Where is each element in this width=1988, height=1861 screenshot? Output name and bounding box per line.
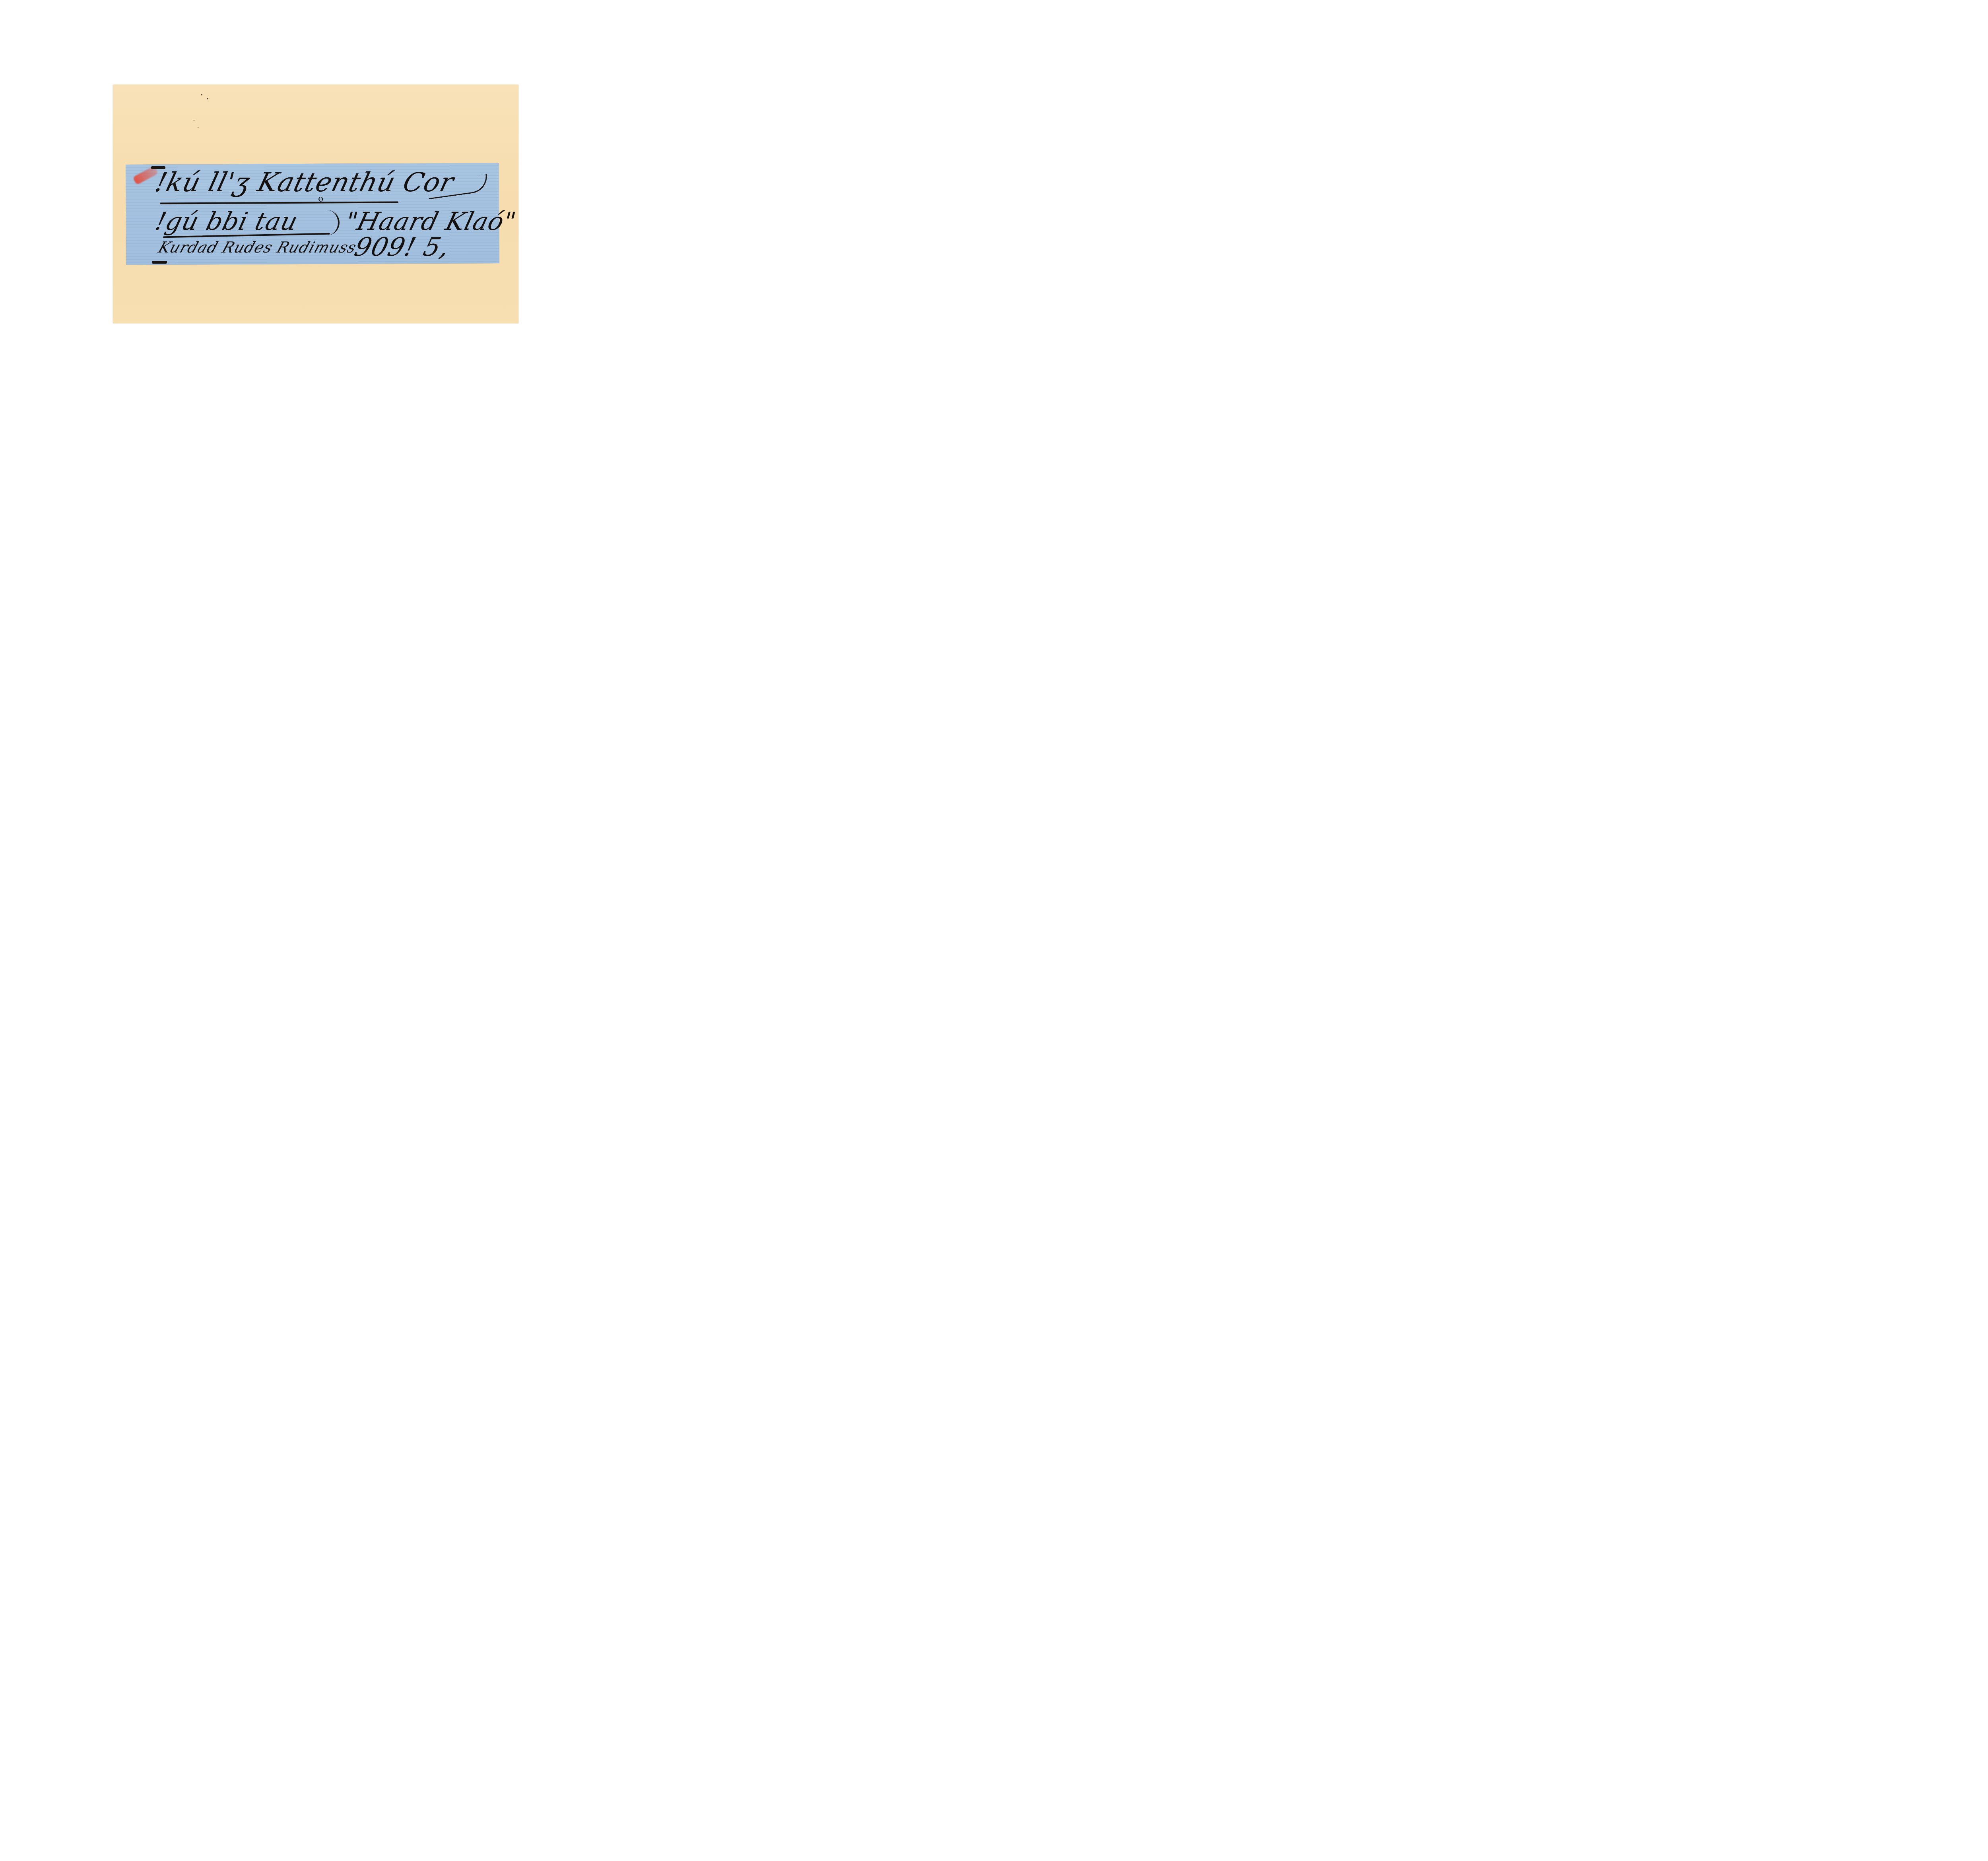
paper-speck xyxy=(207,98,208,99)
manuscript-line-2-bracketed: !gú bbi tau xyxy=(152,207,301,236)
manuscript-line-1: !kú ll'ʒ Kattenthú Cor xyxy=(152,167,457,198)
manuscript-line-3-number: 909! 5, xyxy=(351,233,453,262)
paper-speck xyxy=(201,94,202,95)
manuscript-line-2-quote: "Haard Klaó" xyxy=(342,207,519,236)
manuscript-line-3-names: Kurdad Rudes Rudimuss xyxy=(156,239,359,256)
bracket-bottom-bar xyxy=(152,261,167,264)
